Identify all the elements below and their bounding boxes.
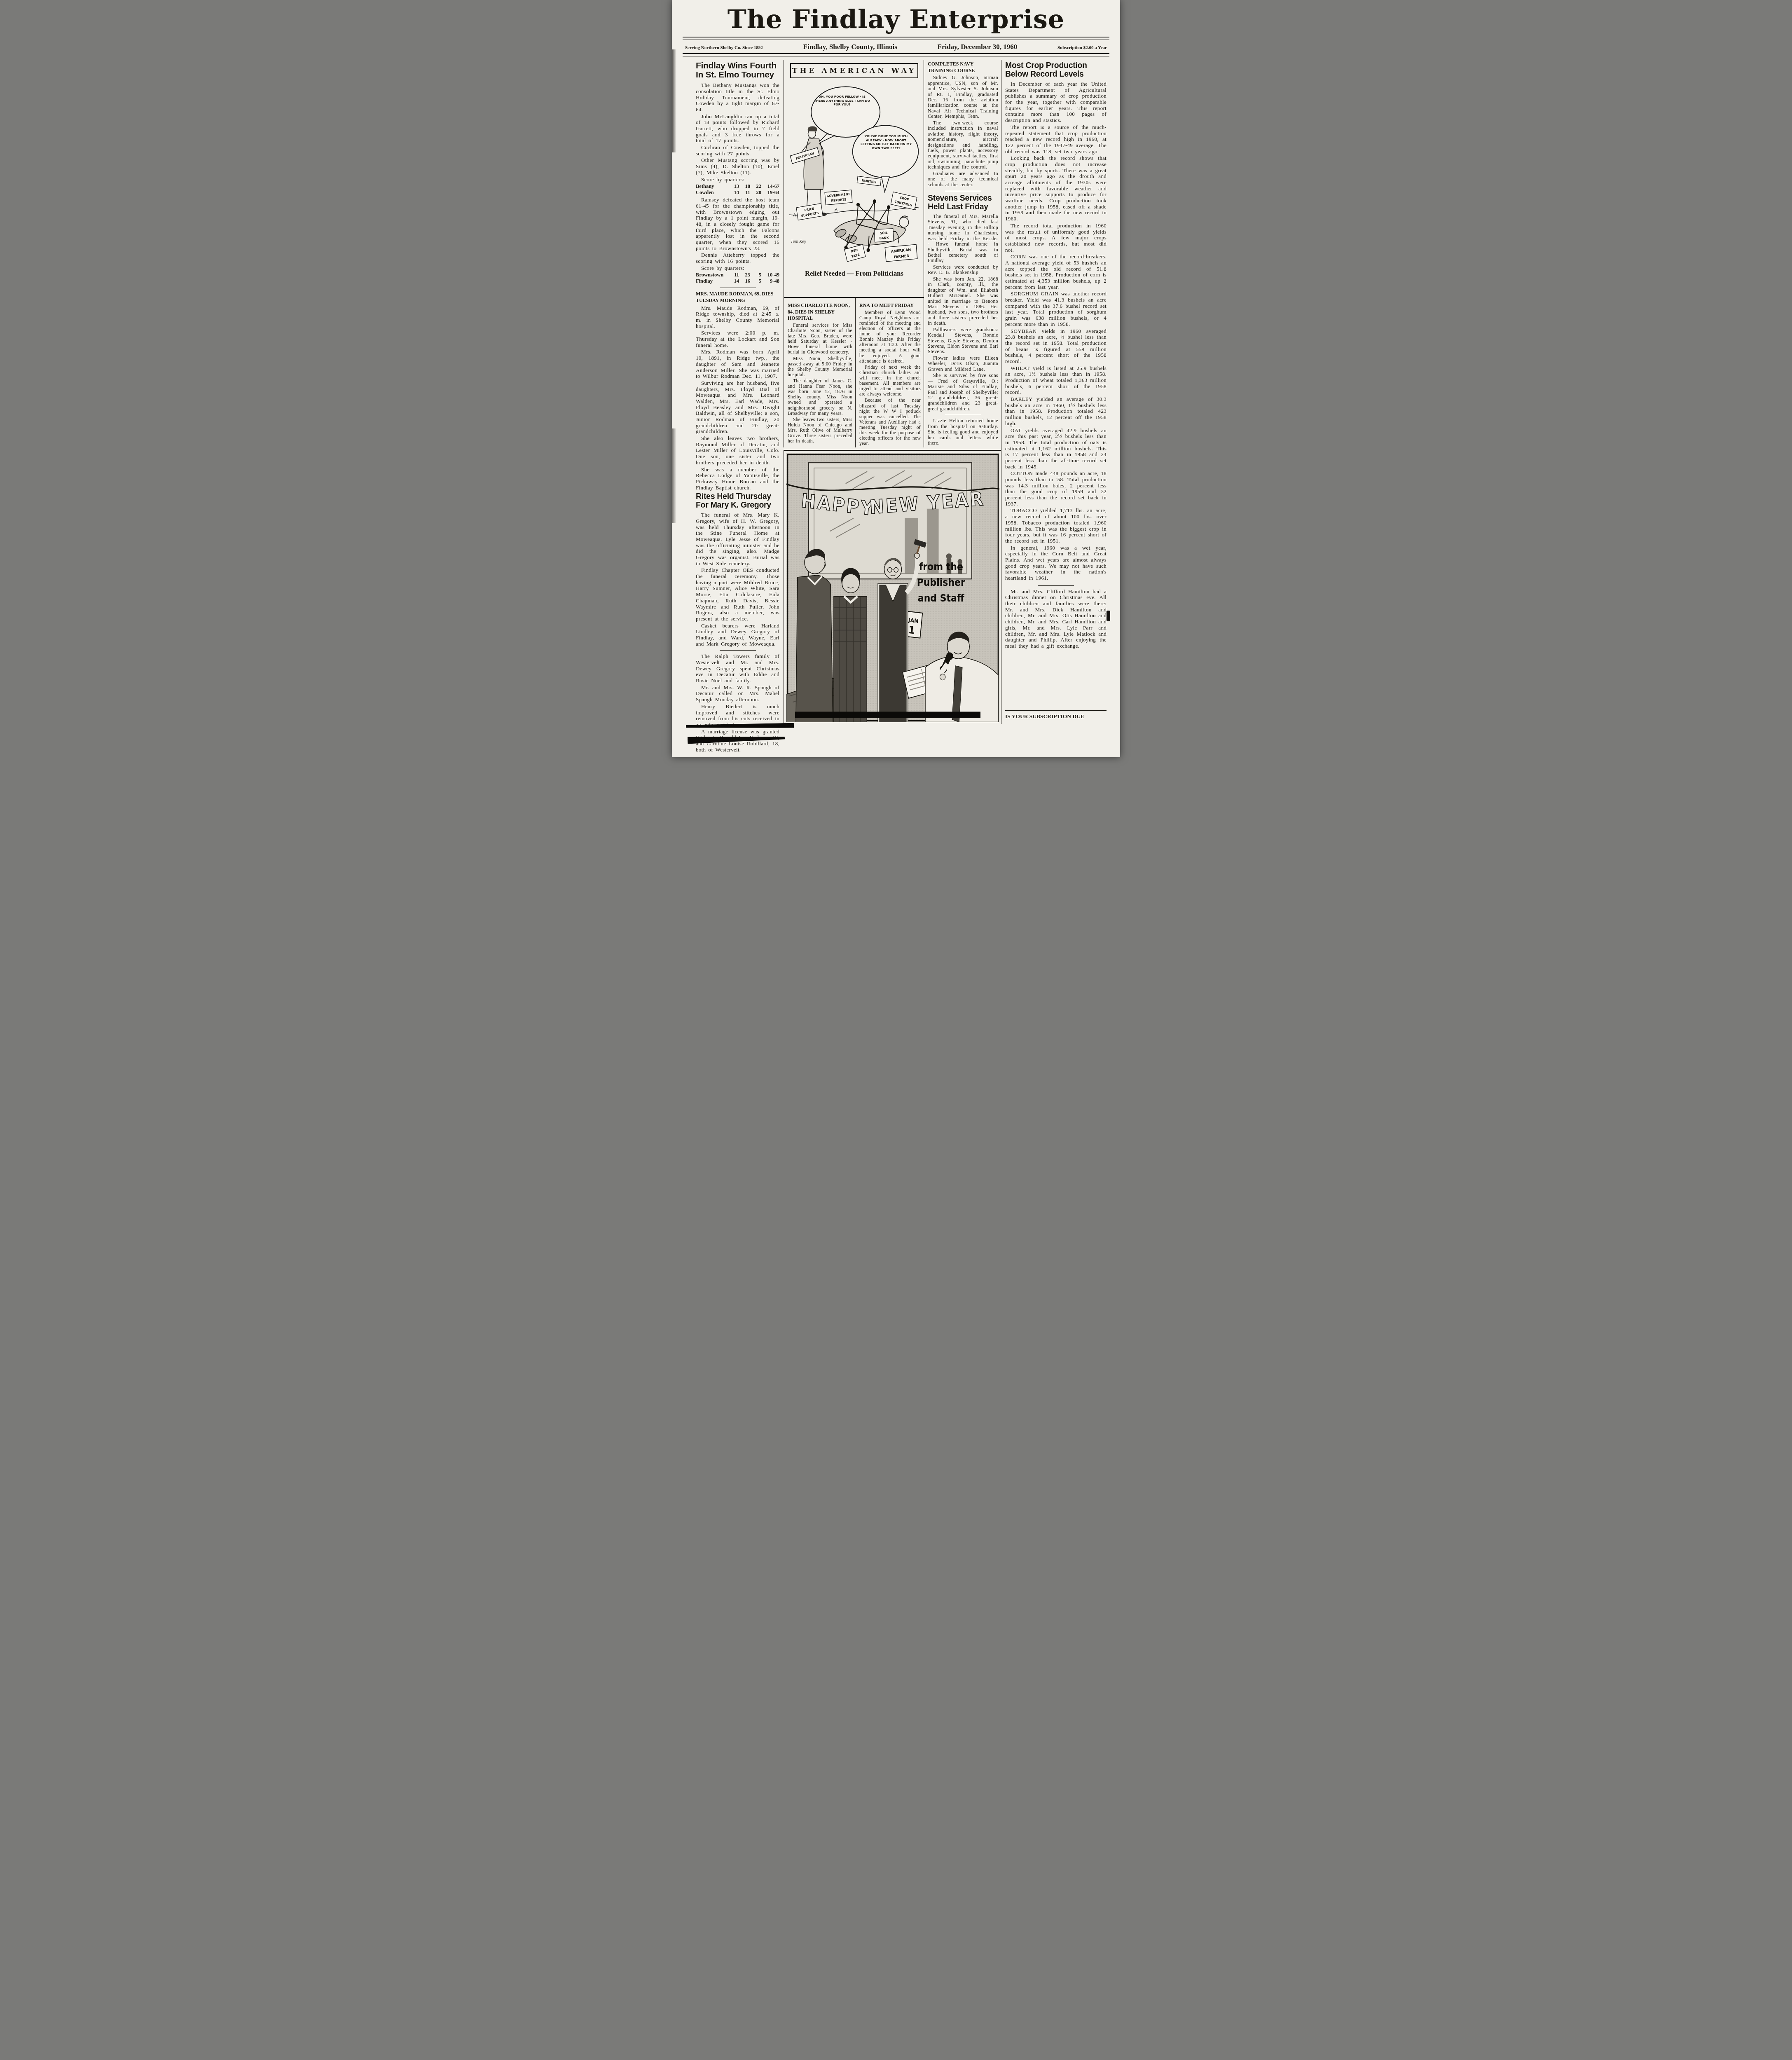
newspaper-title: The Findlay Enterprise: [672, 6, 1120, 33]
crop-paragraph: SORGHUM GRAIN was another record breaker…: [1005, 291, 1107, 327]
crop-paragraph: Looking back the record shows that crop …: [1005, 155, 1107, 222]
cartoonist-signature: Tom Key: [791, 239, 807, 243]
stevens-headline-line2: Held Last Friday: [928, 202, 988, 211]
crop-headline-line1: Most Crop Production: [1005, 61, 1087, 70]
cartoon-art: POLITICIAN: [788, 79, 921, 269]
gregory-paragraph: The funeral of Mrs. Mary K. Gregory, wif…: [696, 512, 779, 566]
crop-paragraph: WHEAT yield is listed at 25.9 bushels an…: [1005, 365, 1107, 396]
quarter-score: 5: [750, 272, 761, 278]
quarter-score: 16: [739, 278, 750, 284]
noon-paragraph: Funeral services for Miss Charlotte Noon…: [788, 323, 852, 356]
crop-headline: Most Crop Production Below Record Levels: [1005, 61, 1107, 78]
team-name: Findlay: [696, 278, 728, 284]
new-year-art: HAPPY NEW YEAR from the Publisher and St…: [786, 453, 999, 722]
crop-paragraph: COTTON made 448 pounds an acre, 18 pound…: [1005, 471, 1107, 507]
tourney-headline-line2: In St. Elmo Tourney: [696, 70, 774, 80]
noon-paragraph: She leaves two sisters, Miss Hulda Noon …: [788, 417, 852, 445]
quarter-score: 23: [739, 272, 750, 278]
masthead-rule-bottom: [683, 53, 1109, 56]
crop-paragraph: OAT yields averaged 42.9 bushels an acre…: [1005, 428, 1107, 470]
tourney-headline: Findlay Wins Fourth In St. Elmo Tourney: [696, 61, 779, 80]
navy-paragraph: Sidney G. Johnson, airman apprentice, US…: [928, 75, 998, 119]
tourney-paragraph: Cochran of Cowden, topped the scoring wi…: [696, 145, 779, 157]
ink-blob: [1107, 611, 1110, 621]
page-body: Findlay Wins Fourth In St. Elmo Tourney …: [672, 56, 1120, 724]
rodman-paragraph: Mrs. Maude Rodman, 69, of Ridge township…: [696, 305, 779, 330]
price-supports-card: PRICE SUPPORTS: [796, 204, 823, 220]
stevens-paragraph: She is survived by five sons — Fred of G…: [928, 373, 998, 412]
soil-bank-label: BANK: [879, 236, 889, 241]
rodman-paragraph: Surviving are her husband, five daughter…: [696, 380, 779, 435]
speech-bubble-farmer: [853, 126, 919, 178]
gregory-headline-line1: Rites Held Thursday: [696, 492, 771, 501]
bubble-tail: [882, 177, 889, 192]
team-name: Cowden: [696, 190, 728, 196]
quarter-score: 20: [750, 190, 761, 196]
new-year-illustration: HAPPY NEW YEAR from the Publisher and St…: [784, 450, 1001, 724]
soil-bank-card: SOIL BANK: [874, 229, 894, 242]
tourney-paragraph: Ramsey defeated the host team 61-45 for …: [696, 197, 779, 251]
stevens-paragraph: Services were conducted by Rev. E. B. Bl…: [928, 265, 998, 276]
local-note: The Ralph Towers family of Westervelt an…: [696, 653, 779, 684]
rodman-paragraph: She also leaves two brothers, Raymond Mi…: [696, 435, 779, 466]
score-row: Brownstown 11 23 5 10-49: [696, 272, 779, 278]
stevens-paragraph: Flower ladies were Eileen Wheeler, Doris…: [928, 356, 998, 372]
crop-controls-card: CROP CONTROLS: [891, 192, 917, 210]
quarter-score: 14: [728, 278, 739, 284]
rna-paragraph: Friday of next week the Christian church…: [859, 365, 921, 398]
crop-paragraph: The record total production in 1960 was …: [1005, 223, 1107, 253]
scan-streak: [672, 49, 676, 152]
quarter-score: 22: [750, 183, 761, 190]
rna-headline: RNA TO MEET FRIDAY: [859, 302, 921, 309]
team-name: Brownstown: [696, 272, 728, 278]
crop-paragraph: The report is a source of the much-repea…: [1005, 124, 1107, 154]
publisher-greeting: from the Publisher and Staff: [917, 562, 966, 604]
helton-note: Lizzie Helton returned home from the hos…: [928, 418, 998, 446]
greeting-line: and Staff: [918, 593, 964, 604]
section-divider: [1038, 585, 1074, 586]
bubble-text-politician: OH, YOU POOR FELLOW - IS THERE ANYTHING …: [813, 95, 871, 107]
navy-paragraph: The two-week course included instruction…: [928, 120, 998, 170]
section-divider: [720, 288, 756, 288]
score-table-1: Bethany 13 18 22 14-67 Cowden 14 11 20 1…: [696, 183, 779, 196]
masthead-date: Friday, December 30, 1960: [938, 43, 1018, 51]
gregory-paragraph: Findlay Chapter OES conducted the funera…: [696, 567, 779, 622]
dateline: Serving Northern Shelby Co. Since 1892 F…: [685, 43, 1107, 51]
team-name: Bethany: [696, 183, 728, 190]
score-row: Findlay 14 16 5 9-48: [696, 278, 779, 284]
crop-headline-line2: Below Record Levels: [1005, 70, 1083, 79]
stevens-paragraph: She was born Jan. 22, 1868 in Clark, cou…: [928, 276, 998, 326]
gregory-headline: Rites Held Thursday For Mary K. Gregory: [696, 492, 779, 509]
parities-card: PARITIES: [857, 176, 881, 186]
scan-streak: [672, 428, 676, 523]
masthead-tagline: Serving Northern Shelby Co. Since 1892: [685, 45, 763, 50]
score-label: Score by quarters:: [696, 265, 779, 272]
final-score: 10-49: [761, 272, 779, 278]
editorial-cartoon: THE AMERICAN WAY: [784, 60, 924, 298]
column-1: Findlay Wins Fourth In St. Elmo Tourney …: [696, 60, 784, 724]
newspaper-page: The Findlay Enterprise Serving Northern …: [672, 0, 1120, 757]
navy-headline: COMPLETES NAVY TRAINING COURSE: [928, 61, 998, 74]
quarter-score: 18: [739, 183, 750, 190]
gregory-paragraph: Casket bearers were Harland Lindley and …: [696, 623, 779, 647]
calendar-day: 1: [908, 624, 916, 637]
noon-obituary: MISS CHARLOTTE NOON, 84, DIES IN SHELBY …: [784, 298, 855, 447]
stevens-headline-line1: Stevens Services: [928, 194, 992, 203]
masthead: The Findlay Enterprise Serving Northern …: [672, 0, 1120, 56]
masthead-location: Findlay, Shelby County, Illinois: [803, 43, 897, 51]
rodman-paragraph: She was a member of the Rebecca Lodge of…: [696, 467, 779, 491]
bottom-ink-bar: [795, 712, 980, 718]
quarter-score: 13: [728, 183, 739, 190]
score-table-2: Brownstown 11 23 5 10-49 Findlay 14 16 5…: [696, 272, 779, 284]
crop-paragraph: SOYBEAN yields in 1960 averaged 23.8 bus…: [1005, 328, 1107, 365]
quarter-score: 5: [750, 278, 761, 284]
quarter-score: 11: [739, 190, 750, 196]
stevens-headline: Stevens Services Held Last Friday: [928, 194, 998, 211]
crop-paragraph: BARLEY yielded an average of 30.3 bushel…: [1005, 396, 1107, 426]
navy-paragraph: Graduates are advanced to one of the man…: [928, 171, 998, 187]
section-divider: [720, 650, 756, 651]
cartoon-drawing: POLITICIAN: [788, 79, 921, 269]
crop-paragraph: CORN was one of the record-breakers. A n…: [1005, 254, 1107, 290]
subscription-due-notice: IS YOUR SUBSCRIPTION DUE: [1005, 710, 1107, 724]
gregory-headline-line2: For Mary K. Gregory: [696, 501, 771, 510]
tourney-paragraph: John McLaughlin ran up a total of 18 poi…: [696, 114, 779, 144]
greeting-line: from the: [919, 562, 963, 573]
stevens-paragraph: The funeral of Mrs. Marella Stevens, 91,…: [928, 214, 998, 264]
cartoon-caption: Relief Needed — From Politicians: [788, 269, 921, 278]
american-farmer-card: AMERICAN FARMER: [885, 244, 917, 262]
bubble-text-farmer: YOU'VE DONE TOO MUCH ALREADY - HOW ABOUT…: [860, 134, 912, 150]
crop-paragraph: In general, 1960 was a wet year, especia…: [1005, 545, 1107, 581]
tourney-headline-line1: Findlay Wins Fourth: [696, 61, 777, 70]
noon-headline: MISS CHARLOTTE NOON, 84, DIES IN SHELBY …: [788, 302, 852, 322]
quarter-score: 14: [728, 190, 739, 196]
soil-bank-label: SOIL: [880, 231, 888, 235]
tourney-paragraph: Dennis Atteberry topped the scoring with…: [696, 252, 779, 264]
crop-paragraph: TOBACCO yielded 1,713 lbs. an acre, a ne…: [1005, 508, 1107, 544]
noon-paragraph: The daughter of James C. and Hanna Fear …: [788, 379, 852, 417]
final-score: 9-48: [761, 278, 779, 284]
local-note: Mr. and Mrs. W. R. Spaugh of Decatur cal…: [696, 685, 779, 703]
section-divider: [945, 415, 981, 415]
government-reports-card: GOVERNMENT REPORTS: [825, 190, 852, 205]
final-score: 14-67: [761, 183, 779, 190]
rna-paragraph: Members of Lynn Wood Camp Royal Neighbor…: [859, 310, 921, 364]
masthead-subscription: Subscription $2.00 a Year: [1057, 45, 1107, 50]
hamilton-note: Mr. and Mrs. Clifford Hamilton had a Chr…: [1005, 589, 1107, 649]
column-5: Most Crop Production Below Record Levels…: [1001, 60, 1109, 724]
rna-article: RNA TO MEET FRIDAY Members of Lynn Wood …: [855, 298, 924, 447]
noon-paragraph: Miss Noon, Shelbyville, passed away at 5…: [788, 356, 852, 378]
score-label: Score by quarters:: [696, 177, 779, 183]
stevens-paragraph: Pallbearers were grandsons: Kendall Stev…: [928, 327, 998, 355]
rodman-paragraph: Services were 2:00 p. m. Thursday at the…: [696, 330, 779, 348]
rodman-obit-headline: MRS. MAUDE RODMAN, 69, DIES TUESDAY MORN…: [696, 291, 779, 304]
score-row: Cowden 14 11 20 19-64: [696, 190, 779, 196]
greeting-line: Publisher: [917, 578, 966, 589]
column-4: COMPLETES NAVY TRAINING COURSE Sidney G.…: [924, 60, 1001, 447]
rodman-paragraph: Mrs. Rodman was born April 10, 1891, in …: [696, 349, 779, 379]
rna-paragraph: Because of the near blizzard of last Tue…: [859, 398, 921, 447]
cartoon-title: THE AMERICAN WAY: [790, 63, 918, 78]
tourney-paragraph: Other Mustang scoring was by Sims (4), D…: [696, 157, 779, 176]
quarter-score: 11: [728, 272, 739, 278]
masthead-rule-top: [683, 37, 1109, 40]
tourney-paragraph: The Bethany Mustangs won the consolation…: [696, 82, 779, 112]
score-row: Bethany 13 18 22 14-67: [696, 183, 779, 190]
section-divider: [945, 191, 981, 191]
crop-paragraph: In December of each year the United Stat…: [1005, 81, 1107, 124]
final-score: 19-64: [761, 190, 779, 196]
